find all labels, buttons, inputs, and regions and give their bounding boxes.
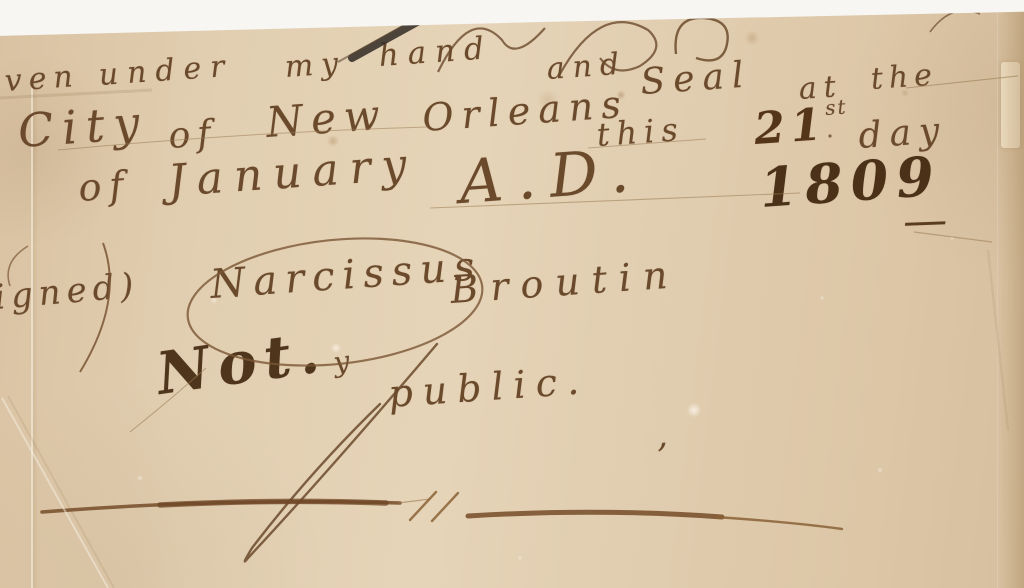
top-cutoff-corner-left (0, 10, 32, 16)
crease-bottom-left-light (2, 398, 108, 588)
crease-bottom-left-shadow (8, 396, 114, 588)
text-signed-fragment: igned) (0, 265, 141, 318)
text-notary-y: y (331, 344, 351, 379)
bottom-rule-right-tail (716, 517, 842, 529)
bottom-rule-right (468, 512, 722, 517)
text-hand: hand (377, 30, 493, 74)
paper-right-fold-edge (997, 0, 1024, 588)
text-my: my (284, 46, 348, 85)
bottom-rule-left (42, 502, 400, 512)
text-day-number: 21 (752, 99, 829, 155)
top-cutoff-loop-3 (676, 18, 728, 61)
text-and: and (546, 46, 629, 87)
text-year-dash: — (902, 194, 948, 247)
text-ordinal-st: st (824, 95, 848, 120)
bottom-rule-left-heavy (160, 501, 386, 505)
text-public: public. (387, 358, 590, 416)
text-of-city: of (167, 113, 219, 157)
text-narcissus-signature: Narcissus (209, 243, 484, 308)
double-slash-mark (410, 492, 458, 521)
text-of-january: of (77, 162, 133, 210)
text-ad: A.D. (457, 135, 645, 218)
top-cutoff-hook-right (930, 11, 980, 32)
text-seal: Seal (639, 54, 753, 103)
text-under: under (98, 49, 235, 93)
text-new: New (265, 90, 390, 147)
text-city: City (16, 95, 150, 158)
bottom-rule-left-tail (398, 499, 430, 503)
text-notary-abbrev: Not. (153, 317, 331, 408)
ordinal-st-dot (828, 134, 831, 137)
manuscript-paper: ven under my hand and Seal at the City o… (0, 0, 1024, 588)
text-the: the (870, 57, 939, 97)
document-photo: ven under my hand and Seal at the City o… (0, 0, 1024, 588)
text-stray-comma: , (655, 415, 669, 456)
text-given-fragment: ven (4, 59, 81, 99)
text-broutin-signature: Broutin (449, 252, 681, 312)
paper-left-crease (31, 82, 33, 588)
